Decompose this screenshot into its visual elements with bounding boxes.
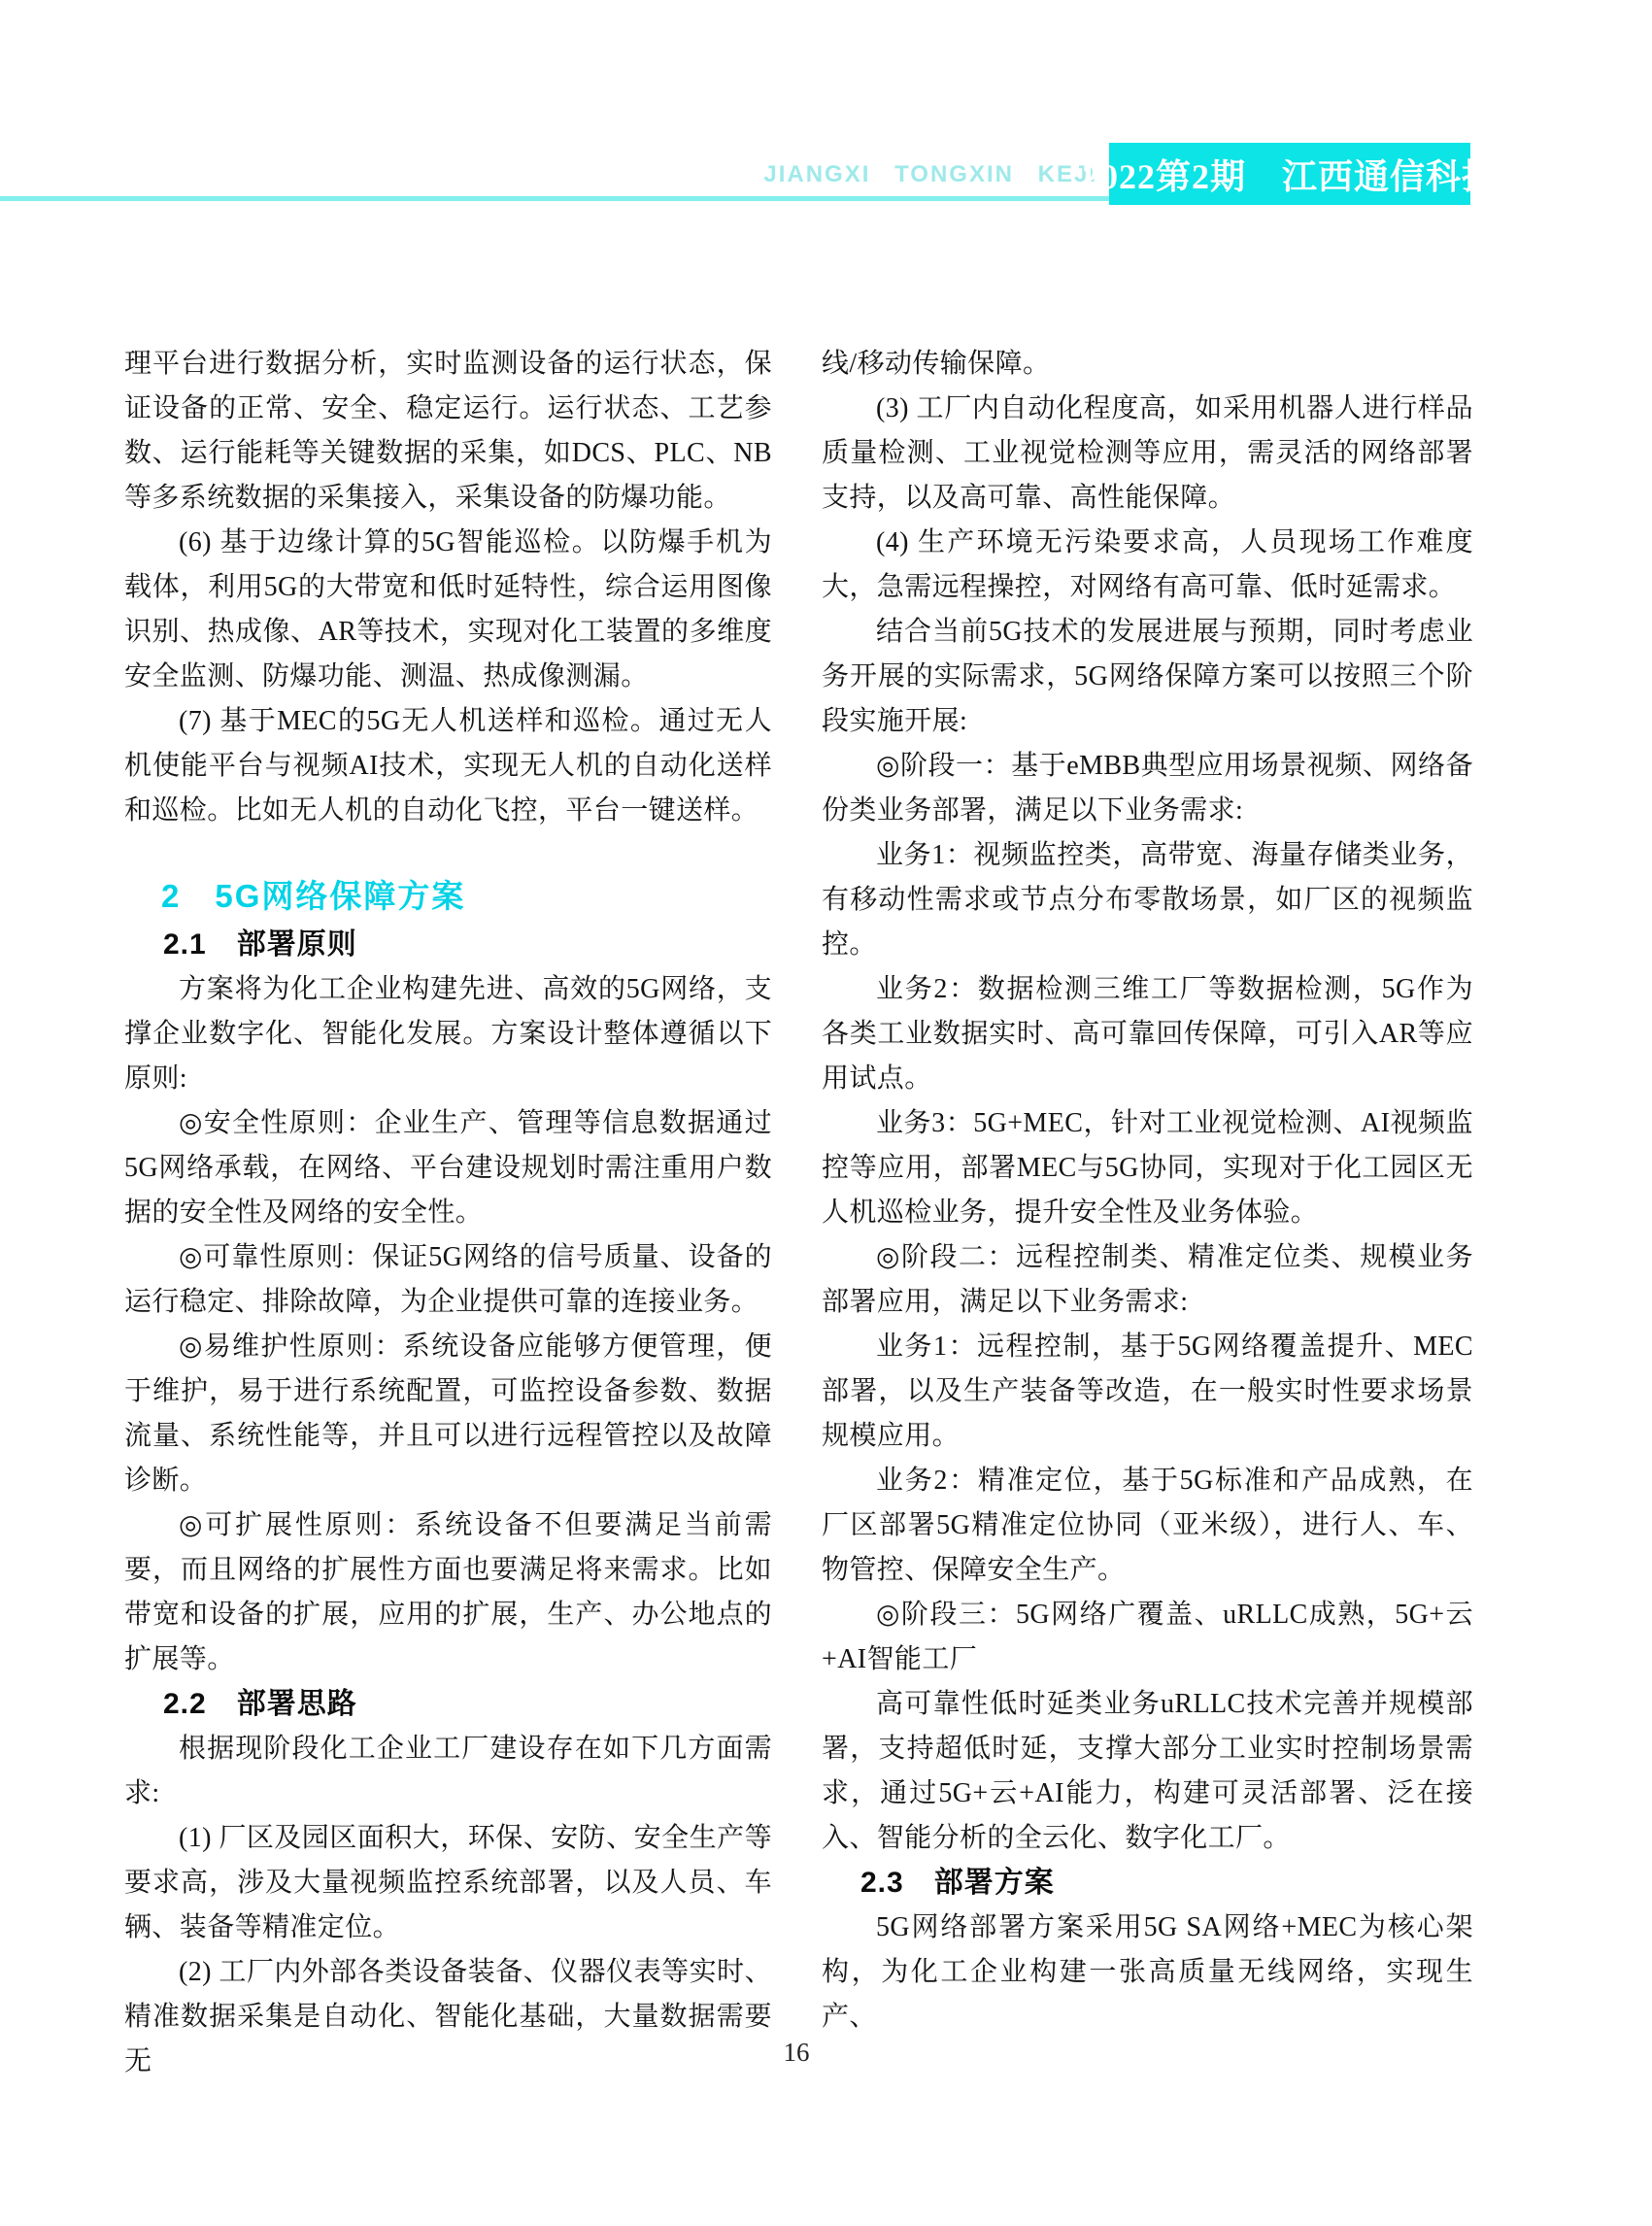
paragraph: 业务3：5G+MEC，针对工业视觉检测、AI视频监控等应用，部署MEC与5G协同… bbox=[822, 1101, 1473, 1235]
subsection-heading: 2.2 部署思路 bbox=[124, 1682, 772, 1727]
subsection-heading: 2.1 部署原则 bbox=[124, 923, 772, 967]
paragraph: (4) 生产环境无污染要求高，人员现场工作难度大，急需远程操控，对网络有高可靠、… bbox=[822, 521, 1473, 610]
paragraph: ◎阶段三：5G网络广覆盖、uRLLC成熟，5G+云+AI智能工厂 bbox=[822, 1593, 1473, 1682]
paragraph: 结合当前5G技术的发展进展与预期，同时考虑业务开展的实际需求，5G网络保障方案可… bbox=[822, 610, 1473, 744]
section-heading: 2 5G网络保障方案 bbox=[124, 872, 772, 921]
paragraph: ◎易维护性原则：系统设备应能够方便管理，便于维护，易于进行系统配置，可监控设备参… bbox=[124, 1325, 772, 1503]
paragraph: (3) 工厂内自动化程度高，如采用机器人进行样品质量检测、工业视觉检测等应用，需… bbox=[822, 387, 1473, 521]
journal-page: JIANGXI TONGXIN KEJI 2022第2期 江西通信科技 理平台进… bbox=[0, 0, 1652, 2226]
paragraph: ◎阶段二：远程控制类、精准定位类、规模业务部署应用，满足以下业务需求: bbox=[822, 1235, 1473, 1325]
paragraph: 5G网络部署方案采用5G SA网络+MEC为核心架构，为化工企业构建一张高质量无… bbox=[822, 1906, 1473, 2040]
paragraph: ◎可扩展性原则：系统设备不但要满足当前需要，而且网络的扩展性方面也要满足将来需求… bbox=[124, 1503, 772, 1682]
paragraph: 理平台进行数据分析，实时监测设备的运行状态，保证设备的正常、安全、稳定运行。运行… bbox=[124, 342, 772, 521]
subsection-heading: 2.3 部署方案 bbox=[822, 1861, 1473, 1906]
paragraph: ◎阶段一：基于eMBB典型应用场景视频、网络备份类业务部署，满足以下业务需求: bbox=[822, 744, 1473, 833]
paragraph: (1) 厂区及园区面积大，环保、安防、安全生产等要求高，涉及大量视频监控系统部署… bbox=[124, 1816, 772, 1950]
paragraph: 根据现阶段化工企业工厂建设存在如下几方面需求: bbox=[124, 1727, 772, 1816]
paragraph: (7) 基于MEC的5G无人机送样和巡检。通过无人机使能平台与视频AI技术，实现… bbox=[124, 699, 772, 833]
paragraph: ◎可靠性原则：保证5G网络的信号质量、设备的运行稳定、排除故障，为企业提供可靠的… bbox=[124, 1235, 772, 1325]
paragraph: 业务2：数据检测三维工厂等数据检测，5G作为各类工业数据实时、高可靠回传保障，可… bbox=[822, 967, 1473, 1101]
paragraph: 业务2：精准定位，基于5G标准和产品成熟，在厂区部署5G精准定位协同（亚米级），… bbox=[822, 1459, 1473, 1593]
paragraph: 业务1：视频监控类，高带宽、海量存储类业务，有移动性需求或节点分布零散场景，如厂… bbox=[822, 833, 1473, 967]
issue-badge: 2022第2期 江西通信科技 bbox=[1109, 143, 1470, 205]
paragraph: (2) 工厂内外部各类设备装备、仪器仪表等实时、精准数据采集是自动化、智能化基础… bbox=[124, 1950, 772, 2084]
paragraph: ◎安全性原则：企业生产、管理等信息数据通过5G网络承载，在网络、平台建设规划时需… bbox=[124, 1101, 772, 1235]
paragraph: (6) 基于边缘计算的5G智能巡检。以防爆手机为载体，利用5G的大带宽和低时延特… bbox=[124, 521, 772, 699]
journal-name-english: JIANGXI TONGXIN KEJI bbox=[763, 161, 1097, 188]
paragraph: 方案将为化工企业构建先进、高效的5G网络，支撑企业数字化、智能化发展。方案设计整… bbox=[124, 967, 772, 1101]
paragraph: 业务1：远程控制，基于5G网络覆盖提升、MEC部署，以及生产装备等改造，在一般实… bbox=[822, 1325, 1473, 1459]
paragraph: 线/移动传输保障。 bbox=[822, 342, 1473, 387]
paragraph: 高可靠性低时延类业务uRLLC技术完善并规模部署，支持超低时延，支撑大部分工业实… bbox=[822, 1682, 1473, 1861]
header-rule bbox=[0, 196, 1109, 201]
page-number: 16 bbox=[767, 2038, 826, 2068]
left-column: 理平台进行数据分析，实时监测设备的运行状态，保证设备的正常、安全、稳定运行。运行… bbox=[124, 342, 772, 2084]
right-column: 线/移动传输保障。(3) 工厂内自动化程度高，如采用机器人进行样品质量检测、工业… bbox=[822, 342, 1473, 2040]
